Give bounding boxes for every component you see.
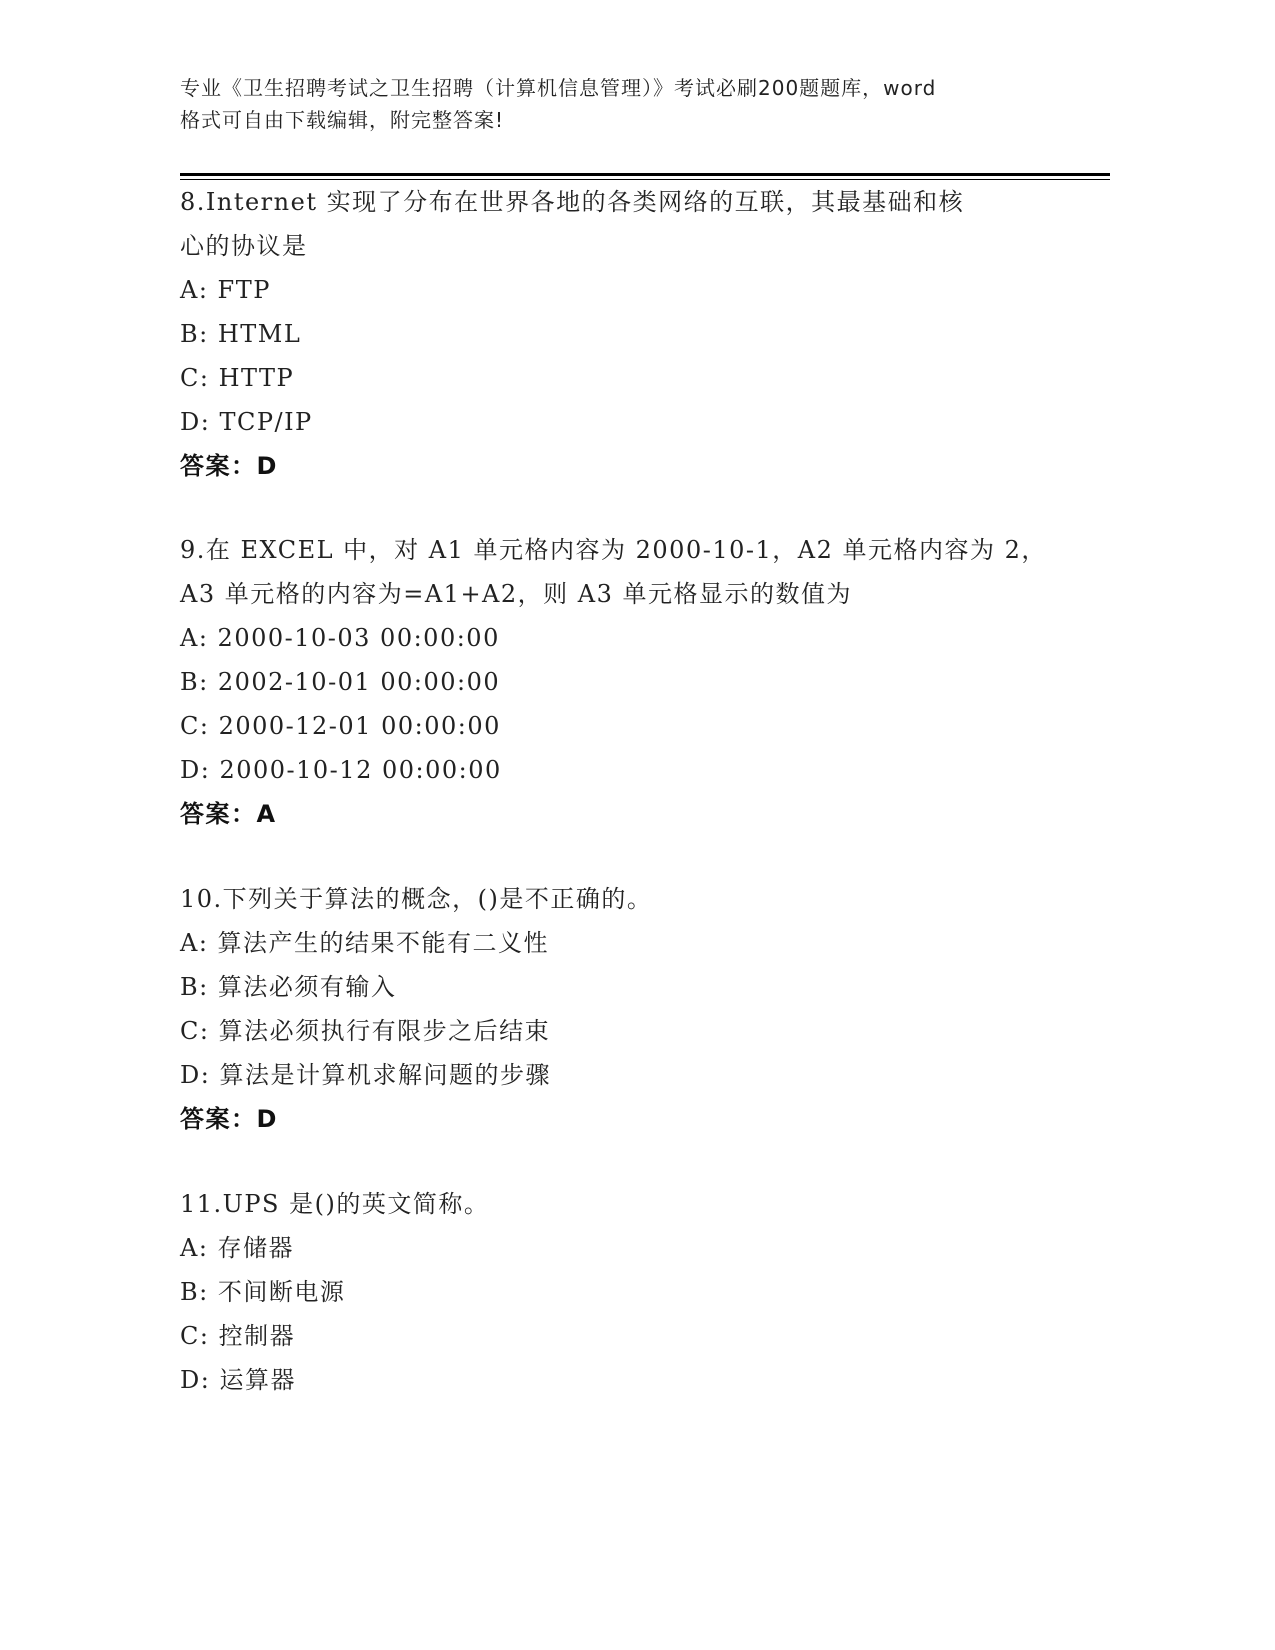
question-stem: 8.Internet 实现了分布在世界各地的各类网络的互联，其最基础和核: [180, 180, 1080, 224]
question-stem: A3 单元格的内容为=A1+A2，则 A3 单元格显示的数值为: [180, 572, 1080, 616]
option-d: D: 运算器: [180, 1358, 1080, 1402]
question-stem: 9.在 EXCEL 中，对 A1 单元格内容为 2000-10-1，A2 单元格…: [180, 528, 1080, 572]
question-11: 11.UPS 是()的英文简称。 A: 存储器 B: 不间断电源 C: 控制器 …: [180, 1182, 1080, 1402]
option-c: C: 控制器: [180, 1314, 1080, 1358]
question-10: 10.下列关于算法的概念，()是不正确的。 A: 算法产生的结果不能有二义性 B…: [180, 877, 1080, 1141]
question-stem: 11.UPS 是()的英文简称。: [180, 1182, 1080, 1226]
option-b: B: 2002-10-01 00:00:00: [180, 660, 1080, 704]
header-line-2: 格式可自由下载编辑，附完整答案!: [180, 104, 1060, 136]
question-stem: 心的协议是: [180, 224, 1080, 268]
question-8: 8.Internet 实现了分布在世界各地的各类网络的互联，其最基础和核 心的协…: [180, 180, 1080, 488]
option-d: D: 2000-10-12 00:00:00: [180, 748, 1080, 792]
option-a: A: 2000-10-03 00:00:00: [180, 616, 1080, 660]
option-d: D: TCP/IP: [180, 400, 1080, 444]
option-c: C: 2000-12-01 00:00:00: [180, 704, 1080, 748]
option-c: C: HTTP: [180, 356, 1080, 400]
option-a: A: 存储器: [180, 1226, 1080, 1270]
answer: 答案：D: [180, 1097, 1080, 1141]
option-a: A: 算法产生的结果不能有二义性: [180, 921, 1080, 965]
answer: 答案：D: [180, 444, 1080, 488]
header-line-1: 专业《卫生招聘考试之卫生招聘（计算机信息管理）》考试必刷200题题库，word: [180, 72, 1060, 104]
option-b: B: 不间断电源: [180, 1270, 1080, 1314]
header-divider-thick: [180, 173, 1110, 176]
option-a: A: FTP: [180, 268, 1080, 312]
answer: 答案：A: [180, 792, 1080, 836]
option-b: B: 算法必须有输入: [180, 965, 1080, 1009]
question-9: 9.在 EXCEL 中，对 A1 单元格内容为 2000-10-1，A2 单元格…: [180, 528, 1080, 836]
option-b: B: HTML: [180, 312, 1080, 356]
option-c: C: 算法必须执行有限步之后结束: [180, 1009, 1080, 1053]
document-header: 专业《卫生招聘考试之卫生招聘（计算机信息管理）》考试必刷200题题库，word …: [180, 72, 1060, 136]
question-stem: 10.下列关于算法的概念，()是不正确的。: [180, 877, 1080, 921]
option-d: D: 算法是计算机求解问题的步骤: [180, 1053, 1080, 1097]
